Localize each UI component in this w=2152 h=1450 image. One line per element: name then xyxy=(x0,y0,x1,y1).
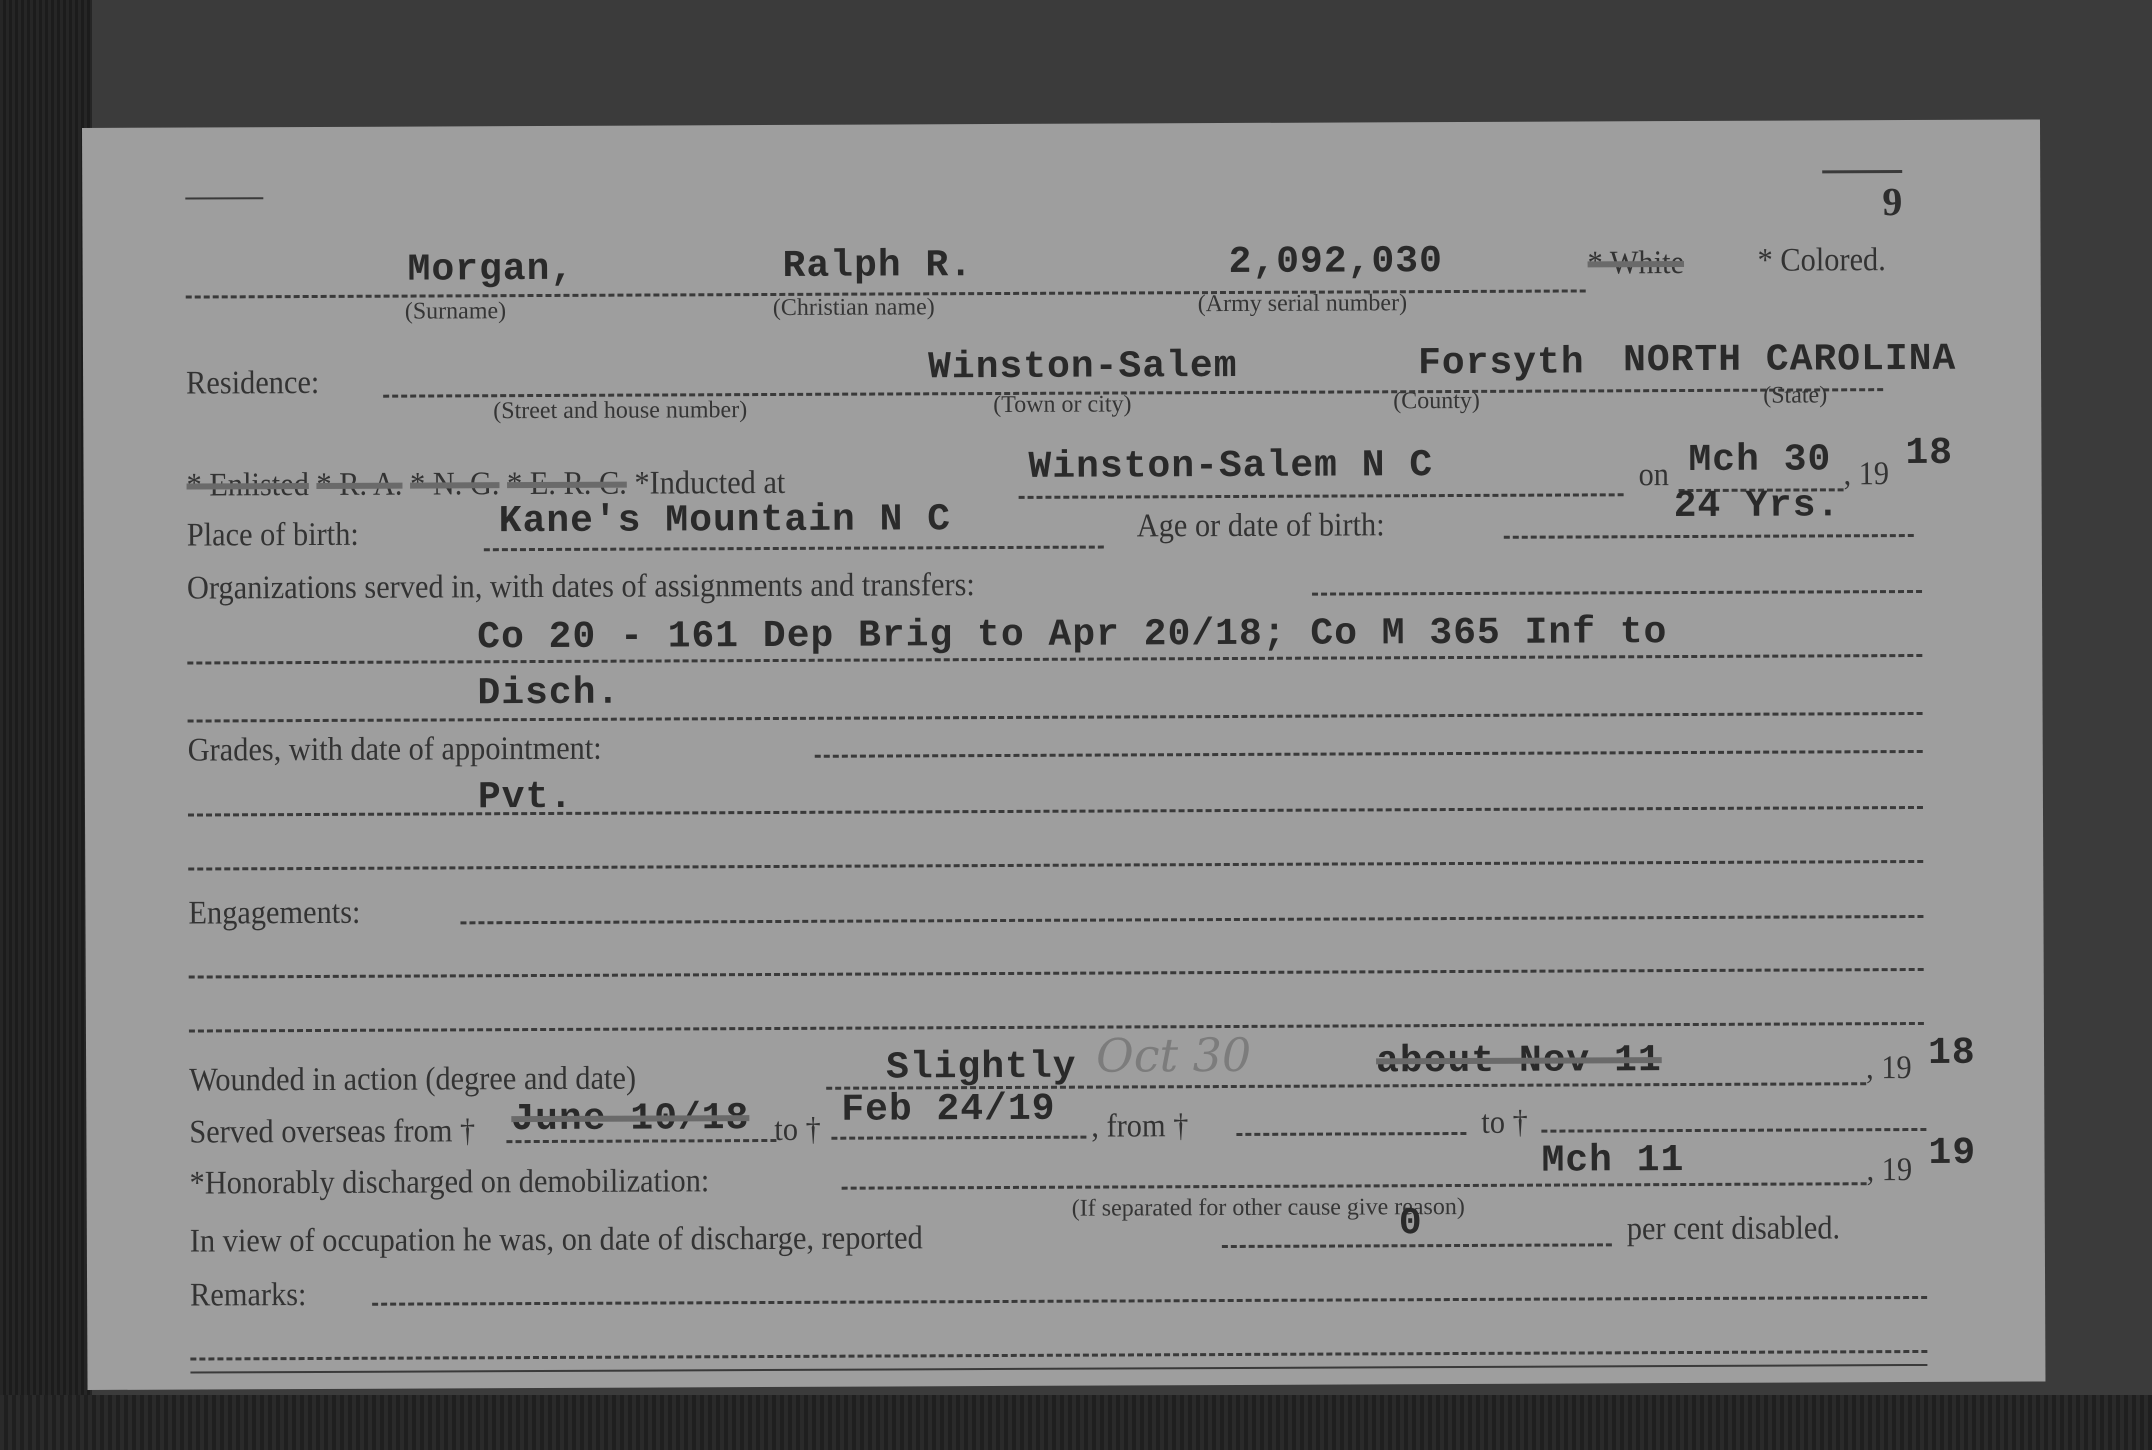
age-label: Age or date of birth: xyxy=(1137,507,1385,545)
disability-label: In view of occupation he was, on date of… xyxy=(190,1220,923,1260)
ng-label: * N. G. xyxy=(410,466,500,502)
overseas-from-value: June 10/18 xyxy=(511,1097,749,1141)
top-right-mark xyxy=(1822,170,1902,173)
grades-line-0 xyxy=(815,750,1923,758)
overseas-to2-line xyxy=(1541,1128,1926,1133)
town-value: Winston-Salem xyxy=(928,345,1238,389)
induction-year-value: 18 xyxy=(1905,432,1953,475)
wounded-year-prefix: , 19 xyxy=(1866,1050,1912,1087)
surname-value: Morgan, xyxy=(408,248,575,292)
overseas-from2-label: , from † xyxy=(1091,1108,1188,1145)
discharge-year-prefix: , 19 xyxy=(1866,1152,1912,1189)
engagements-line-2 xyxy=(189,1022,1924,1033)
background-bottom-strip xyxy=(0,1395,2152,1450)
wounded-struck-date: about Nov 11 xyxy=(1376,1039,1662,1083)
residence-line xyxy=(383,388,1883,398)
christian-name-value: Ralph R. xyxy=(783,244,974,288)
grades-line-2 xyxy=(188,860,1923,871)
organizations-line-1-value: Co 20 - 161 Dep Brig to Apr 20/18; Co M … xyxy=(477,611,1667,659)
surname-caption: (Surname) xyxy=(405,298,506,325)
page-number: 9 xyxy=(1882,178,1902,225)
county-caption: (County) xyxy=(1393,388,1480,415)
discharge-line xyxy=(842,1182,1867,1189)
race-colored: * Colored. xyxy=(1758,242,1886,280)
organizations-line-2-value: Disch. xyxy=(477,672,620,716)
engagements-line-1 xyxy=(189,968,1924,979)
service-record-card: 9 Morgan, (Surname) Ralph R. (Christian … xyxy=(82,119,2045,1390)
grades-label: Grades, with date of appointment: xyxy=(188,731,602,770)
overseas-to-value: Feb 24/19 xyxy=(841,1088,1055,1132)
wounded-handwritten-date: Oct 30 xyxy=(1096,1028,1251,1083)
remarks-label: Remarks: xyxy=(190,1277,307,1315)
overseas-to2-label: to † xyxy=(1481,1105,1528,1142)
street-caption: (Street and house number) xyxy=(493,397,747,425)
erc-label: * E. R. C. xyxy=(507,466,627,503)
organizations-label: Organizations served in, with dates of a… xyxy=(187,567,975,607)
discharge-label: *Honorably discharged on demobilization: xyxy=(190,1163,710,1202)
age-line xyxy=(1504,534,1914,539)
disability-suffix: per cent disabled. xyxy=(1627,1210,1840,1248)
serial-number-caption: (Army serial number) xyxy=(1198,290,1407,318)
wounded-label: Wounded in action (degree and date) xyxy=(189,1061,636,1100)
wounded-degree-value: Slightly xyxy=(886,1046,1077,1090)
residence-label: Residence: xyxy=(186,365,319,403)
remarks-line-0 xyxy=(372,1296,1927,1306)
ra-label: * R. A. xyxy=(316,467,402,503)
age-value: 24 Yrs. xyxy=(1674,484,1841,528)
overseas-from2-line xyxy=(1236,1132,1466,1136)
wounded-year-value: 18 xyxy=(1928,1032,1976,1075)
organizations-line-0 xyxy=(1312,590,1922,596)
remarks-line-1 xyxy=(190,1350,1927,1361)
background-left-strip xyxy=(0,0,92,1450)
induction-date-value: Mch 30 xyxy=(1688,438,1831,482)
on-label: on xyxy=(1638,457,1669,494)
county-value: Forsyth xyxy=(1418,341,1585,385)
state-caption: (State) xyxy=(1763,382,1827,409)
enlisted-label: * Enlisted xyxy=(186,467,308,504)
inducted-label: *Inducted at xyxy=(634,465,785,502)
town-caption: (Town or city) xyxy=(993,391,1131,419)
bottom-rule xyxy=(190,1364,1927,1374)
inducted-place-value: Winston-Salem N C xyxy=(1028,444,1433,489)
induction-year-prefix: , 19 xyxy=(1843,456,1889,493)
state-value: NORTH CAROLINA xyxy=(1623,338,1956,382)
place-of-birth-value: Kane's Mountain N C xyxy=(499,498,951,543)
discharge-year-value: 19 xyxy=(1928,1132,1976,1175)
overseas-to-line xyxy=(831,1136,1086,1140)
organizations-line-2 xyxy=(188,712,1923,723)
serial-number-value: 2,092,030 xyxy=(1229,240,1443,284)
place-of-birth-label: Place of birth: xyxy=(187,517,359,555)
race-white: * White xyxy=(1588,245,1685,282)
christian-name-caption: (Christian name) xyxy=(773,294,935,322)
disability-value: 0 xyxy=(1399,1202,1423,1245)
top-left-mark xyxy=(185,197,263,199)
overseas-label: Served overseas from † xyxy=(189,1113,475,1151)
engagements-line-0 xyxy=(460,915,1923,924)
inducted-line xyxy=(1019,493,1624,499)
discharge-date-value: Mch 11 xyxy=(1541,1139,1684,1183)
place-of-birth-line xyxy=(484,546,1104,552)
engagements-label: Engagements: xyxy=(188,895,360,933)
grades-line-1 xyxy=(188,806,1923,817)
overseas-to-label: to † xyxy=(774,1112,821,1149)
